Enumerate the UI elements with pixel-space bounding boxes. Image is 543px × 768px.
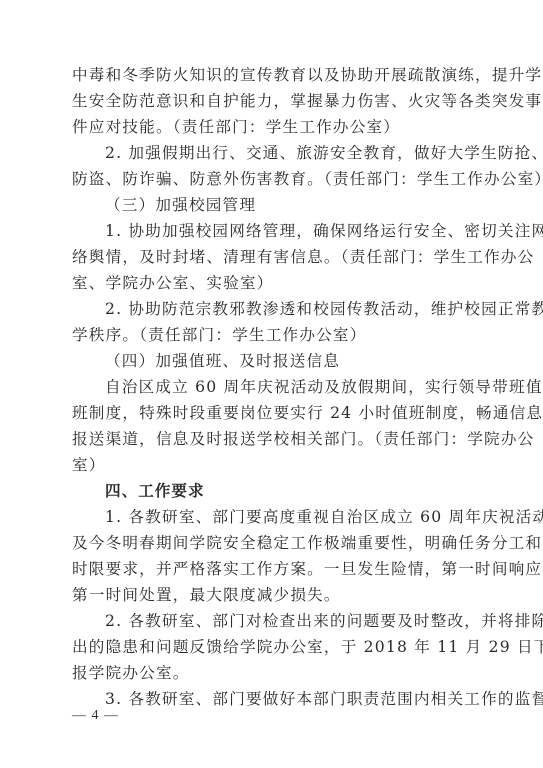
list-item-1-attach-importance: 1. 各教研室、部门要高度重视自治区成立 60 周年庆祝活动 (72, 504, 480, 530)
body-line: 络舆情，及时封堵、清理有害信息。（责任部门：学生工作办公 (72, 244, 480, 270)
section-heading-campus-management: （三）加强校园管理 (72, 192, 480, 218)
list-item-3-supervision: 3. 各教研室、部门要做好本部门职责范围内相关工作的监督 (72, 686, 480, 712)
page-number: — 4 — (72, 708, 119, 724)
body-line: 第一时间处置，最大限度减少损失。 (72, 582, 480, 608)
list-item-2-travel-safety: 2. 加强假期出行、交通、旅游安全教育，做好大学生防抢、 (72, 140, 480, 166)
list-item-2-religious-infiltration: 2. 协助防范宗教邪教渗透和校园传教活动，维护校园正常教 (72, 296, 480, 322)
body-line: 出的隐患和问题反馈给学院办公室，于 2018 年 11 月 29 日下班前 (72, 634, 480, 660)
body-line: 班制度，特殊时段重要岗位要实行 24 小时值班制度，畅通信息 (72, 400, 480, 426)
section-heading-work-requirements: 四、工作要求 (72, 478, 480, 504)
body-line: 防盗、防诈骗、防意外伤害教育。（责任部门：学生工作办公室） (72, 166, 480, 192)
body-line: 中毒和冬季防火知识的宣传教育以及协助开展疏散演练，提升学 (72, 62, 480, 88)
body-line: 报送渠道，信息及时报送学校相关部门。（责任部门：学院办公 (72, 426, 480, 452)
body-line: 生安全防范意识和自护能力，掌握暴力伤害、火灾等各类突发事 (72, 88, 480, 114)
body-line: 室） (72, 452, 480, 478)
body-line: 报学院办公室。 (72, 660, 480, 686)
list-item-1-network-management: 1. 协助加强校园网络管理，确保网络运行安全、密切关注网 (72, 218, 480, 244)
body-line: 室、学院办公室、实验室） (72, 270, 480, 296)
body-line: 件应对技能。（责任部门：学生工作办公室） (72, 114, 480, 140)
paragraph-duty-system: 自治区成立 60 周年庆祝活动及放假期间，实行领导带班值 (72, 374, 480, 400)
section-heading-duty-reporting: （四）加强值班、及时报送信息 (72, 348, 480, 374)
body-line: 时限要求，并严格落实工作方案。一旦发生险情，第一时间响应， (72, 556, 480, 582)
list-item-2-rectification: 2. 各教研室、部门对检查出来的问题要及时整改，并将排除 (72, 608, 480, 634)
body-line: 及今冬明春期间学院安全稳定工作极端重要性，明确任务分工和 (72, 530, 480, 556)
document-page: 中毒和冬季防火知识的宣传教育以及协助开展疏散演练，提升学 生安全防范意识和自护能… (72, 62, 480, 712)
body-line: 学秩序。（责任部门：学生工作办公室） (72, 322, 480, 348)
